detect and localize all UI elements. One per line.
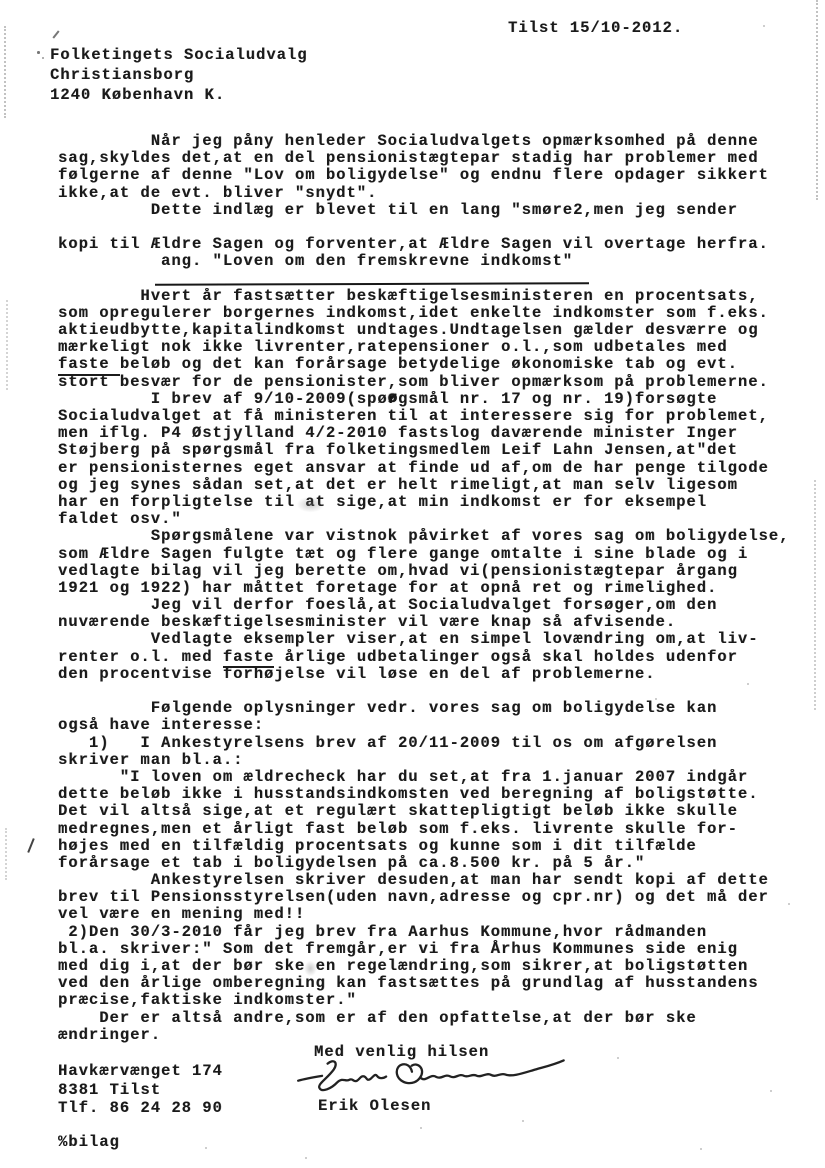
document-line: I brev af 9/10-2009(spørgsmål nr. 17 og … [58,391,789,408]
document-line: har en forpligtelse til at sige,at min i… [58,494,789,511]
scan-artifact [27,838,34,853]
document-line [58,219,789,236]
document-line: 2)Den 30/3-2010 får jeg brev fra Aarhus … [58,924,789,941]
scan-speckle [205,1147,207,1149]
document-line: medregnes,men et årligt fast beløb som f… [58,821,789,838]
text-segment: vel være en mening med!! [58,905,305,923]
text-segment: ikke,at de evt. bliver "snydt". [58,184,377,202]
document-line: Hvert år fastsætter beskæftigelsesminist… [58,288,789,305]
scan-speckle [763,25,765,27]
document-line: kopi til Ældre Sagen og forventer,at Æld… [58,236,789,253]
document-line: vedlagte bilag vil jeg berette om,hvad v… [58,563,789,580]
text-segment: faldet osv." [58,510,182,528]
handwritten-signature [295,1044,569,1101]
screenshot-root: { "letter": { "date": "Tilst 15/10-2012.… [0,0,825,1168]
text-segment: og jeg synes sådan set,at det er helt ri… [58,476,738,494]
text-segment: mærkeligt nok ikke livrenter,ratepension… [58,338,728,356]
text-segment: har en forpligtelse til [58,493,295,511]
document-line: Socialudvalget at få ministeren til at i… [58,408,789,425]
document-line: faste beløb og det kan forårsage betydel… [58,356,789,373]
document-line: Der er altså andre,som er af den opfatte… [58,1010,789,1027]
text-segment: kopi til Ældre Sagen og forventer,at Æld… [58,235,769,253]
text-segment: skriver man bl.a.: [58,751,243,769]
address-line: Havkærvænget 174 [58,1062,223,1081]
document-line: faldet osv." [58,511,789,528]
document-line: aktieudbytte,kapitalindkomst undtages.Un… [58,322,789,339]
scan-artifact [4,26,6,118]
text-segment: følgerne af denne "Lov om boligydelse" o… [58,166,769,184]
document-line: Støjberg på spørgsmål fra folketingsmedl… [58,442,789,459]
text-segment: renter o.l. med [58,648,223,666]
text-segment: Når jeg påny henleder Socialudvalgets op… [58,132,759,150]
document-line: renter o.l. med faste årlige udbetalinge… [58,649,789,666]
text-segment: med dig i,at der bør ske [58,957,305,975]
document-line: ikke,at de evt. bliver "snydt". [58,185,789,202]
document-line: brev til Pensionsstyrelsen(uden navn,adr… [58,889,789,906]
recipient-block: Folketingets SocialudvalgChristiansborg1… [50,45,308,105]
document-line: men iflg. P4 Østjylland 4/2-2010 fastslo… [58,425,789,442]
document-line: nuværende beskæftigelsesminister vil vær… [58,614,789,631]
text-segment [305,957,315,975]
document-line: stort besvær for de pensionister,som bli… [58,374,789,391]
text-segment: som Ældre Sagen fulgte tæt og flere gang… [58,545,748,563]
text-segment: brev til Pensionsstyrelsen(uden navn,adr… [58,888,769,906]
text-segment: dette beløb ikke i husstandsindkomsten v… [58,785,759,803]
document-line: ved den årlige omberegning kan fastsætte… [58,975,789,992]
text-segment: Der er altså andre,som er af den opfatte… [58,1009,697,1027]
document-line: højes med en tilfældig procentsats og ku… [58,838,789,855]
text-segment: Støjberg på spørgsmål fra folketingsmedl… [58,441,738,459]
text-segment: er pensionisternes eget ansvar at finde … [58,459,769,477]
scan-artifact [816,0,818,200]
scan-artifact [5,828,7,880]
document-line: ændringer. [58,1027,789,1044]
text-segment: Dette indlæg er blevet til en lang "smør… [58,201,738,219]
scan-speckle [747,683,749,685]
text-segment: "I loven om ældrecheck har du set,at fra… [58,768,748,786]
document-line: vel være en mening med!! [58,906,789,923]
document-line: med dig i,at der bør ske en regelændring… [58,958,789,975]
scan-speckle [305,1157,307,1159]
scan-speckle [788,903,790,905]
document-line: skriver man bl.a.: [58,752,789,769]
document-line: også have interesse: [58,717,789,734]
document-line: følgerne af denne "Lov om boligydelse" o… [58,167,789,184]
document-line: Jeg vil derfor foeslå,at Socialudvalget … [58,597,789,614]
enclosure-note: %bilag [58,1133,120,1151]
text-segment: men iflg. P4 Østjylland 4/2-2010 fastslo… [58,424,738,442]
text-segment: aktieudbytte,kapitalindkomst undtages.Un… [58,321,759,339]
scan-artifact [42,57,44,59]
document-line: Følgende oplysninger vedr. vores sag om … [58,700,789,717]
scan-artifact [52,30,59,38]
text-segment: årlige udbetalinger også skal holdes ude… [274,648,738,666]
text-segment: Følgende oplysninger vedr. vores sag om … [58,699,717,717]
text-segment: bl.a. skriver:" Som det fremgår,er vi fr… [58,940,738,958]
document-line: dette beløb ikke i husstandsindkomsten v… [58,786,789,803]
text-segment: højes med en tilfældig procentsats og ku… [58,837,697,855]
text-segment: ændringer. [58,1026,161,1044]
scan-artifact [6,300,8,390]
recipient-line: Folketingets Socialudvalg [50,45,308,65]
text-segment: 2)Den 30/3-2010 får jeg brev fra Aarhus … [58,923,707,941]
text-segment: beløb og det kan forårsage betydelige øk… [120,355,738,373]
text-segment: Socialudvalget at få ministeren til at i… [58,407,769,425]
text-segment: 1) I Ankestyrelsens brev af 20/11-2009 t… [58,734,717,752]
document-line: Ankestyrelsen skriver desuden,at man har… [58,872,789,889]
document-line: 1) I Ankestyrelsens brev af 20/11-2009 t… [58,735,789,752]
address-line: 8381 Tilst [58,1081,223,1100]
text-segment: Ankestyrelsen skriver desuden,at man har… [58,871,769,889]
text-segment: Spørgsmålene var vistnok påvirket af vor… [58,527,789,545]
scan-speckle [700,1148,702,1150]
typed-signature-name: Erik Olesen [318,1097,431,1115]
text-segment: vedlagte bilag vil jeg berette om,hvad v… [58,562,738,580]
document-line: forårsage et tab i boligydelsen på ca.8.… [58,855,789,872]
date-line: Tilst 15/10-2012. [508,19,683,37]
scan-speckle [770,1090,772,1092]
overtyped-char: r [388,390,398,408]
document-line: sag,skyldes det,at en del pensionistægte… [58,150,789,167]
document-line: ang. "Loven om den fremskrevne indkomst" [58,253,789,270]
text-segment: nuværende beskæftigelsesminister vil vær… [58,613,676,631]
text-segment: også have interesse: [58,716,264,734]
text-segment: den procentvise forhøjelse vil løse en d… [58,665,656,683]
document-line: 1921 og 1922) har måttet foretage for at… [58,580,789,597]
scan-speckle [522,1120,524,1122]
document-line: "I loven om ældrecheck har du set,at fra… [58,769,789,786]
heading-underline [58,271,789,288]
text-segment: medregnes,men et årligt fast beløb som f… [58,820,738,838]
text-segment: sige,at min indkomst er for eksempel [326,493,707,511]
text-segment: som opregulerer borgernes indkomst,idet … [58,304,769,322]
document-line: den procentvise forhøjelse vil løse en d… [58,666,789,683]
text-segment: en regelændring,som sikrer,at boligstøtt… [316,957,749,975]
text-segment: Vedlagte eksempler viser,at en simpel lo… [58,630,759,648]
document-line: Spørgsmålene var vistnok påvirket af vor… [58,528,789,545]
recipient-line: 1240 København K. [50,85,308,105]
text-segment: at [295,493,326,511]
text-segment: Det vil altså sige,at et regulært skatte… [58,802,738,820]
text-segment: 1921 og 1922) har måttet foretage for at… [58,579,717,597]
text-segment: I brev af 9/10-2009(spø [58,390,388,408]
scanned-letter-page: Tilst 15/10-2012. Folketingets Socialudv… [0,0,825,1168]
scan-artifact [37,51,40,54]
underline-rule [155,282,589,286]
scan-speckle [420,1127,422,1129]
scan-speckle [655,698,657,700]
text-segment: præcise,faktiske indkomster." [58,991,357,1009]
document-line: som opregulerer borgernes indkomst,idet … [58,305,789,322]
text-segment: forårsage et tab i boligydelsen på ca.8.… [58,854,645,872]
document-line: Når jeg påny henleder Socialudvalgets op… [58,133,789,150]
document-line: bl.a. skriver:" Som det fremgår,er vi fr… [58,941,789,958]
document-line: præcise,faktiske indkomster." [58,992,789,1009]
document-line: Det vil altså sige,at et regulært skatte… [58,803,789,820]
document-line: mærkeligt nok ikke livrenter,ratepension… [58,339,789,356]
text-segment: Hvert år fastsætter beskæftigelsesminist… [58,287,759,305]
text-segment: ang. "Loven om den fremskrevne indkomst" [58,252,573,270]
text-segment: ved den årlige omberegning kan fastsætte… [58,974,759,992]
text-segment: Jeg vil derfor foeslå,at Socialudvalget … [58,596,717,614]
address-line: Tlf. 86 24 28 90 [58,1099,223,1118]
document-line: Vedlagte eksempler viser,at en simpel lo… [58,631,789,648]
scan-speckle [617,1057,619,1059]
sender-address-block: Havkærvænget 1748381 TilstTlf. 86 24 28 … [58,1062,223,1118]
recipient-line: Christiansborg [50,65,308,85]
scan-artifact [814,480,816,710]
body-block: Når jeg påny henleder Socialudvalgets op… [58,133,789,1044]
document-line: og jeg synes sådan set,at det er helt ri… [58,477,789,494]
text-segment: gsmål nr. 17 og nr. 19)forsøgte [398,390,717,408]
text-segment: stort besvær for de pensionister,som bli… [58,373,769,391]
document-line: Dette indlæg er blevet til en lang "smør… [58,202,789,219]
text-segment: sag,skyldes det,at en del pensionistægte… [58,149,759,167]
document-line: er pensionisternes eget ansvar at finde … [58,460,789,477]
document-line: som Ældre Sagen fulgte tæt og flere gang… [58,546,789,563]
document-line [58,683,789,700]
